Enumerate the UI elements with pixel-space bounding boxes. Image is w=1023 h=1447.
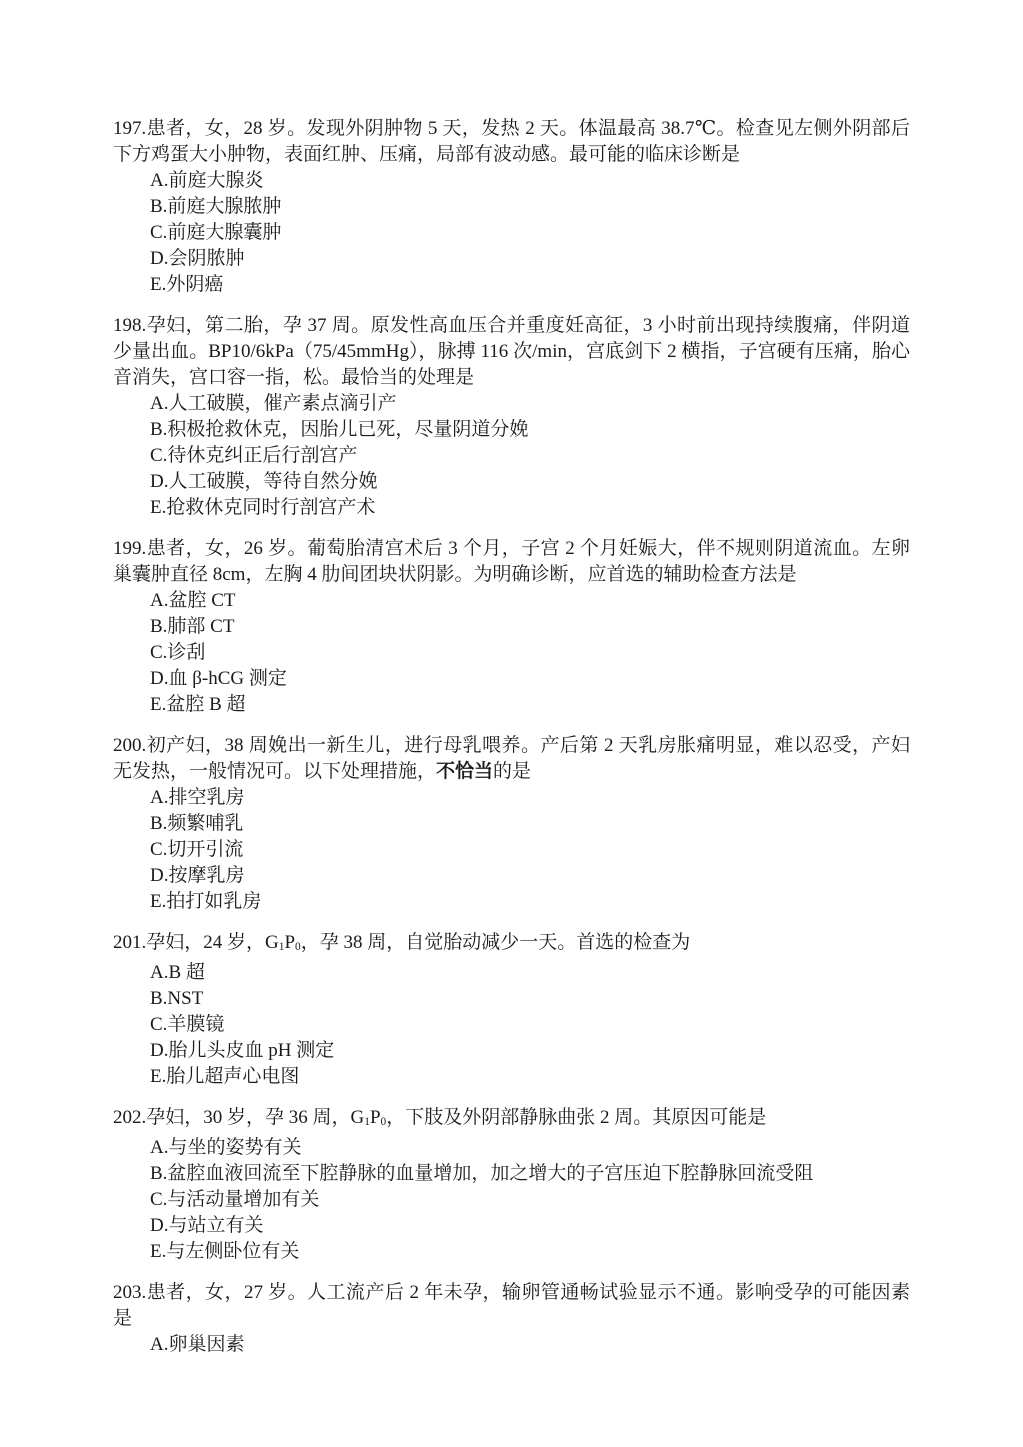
question-stem: 197.患者，女，28 岁。发现外阴肿物 5 天，发热 2 天。体温最高 38.… (113, 116, 910, 168)
stem-text: P (284, 932, 295, 953)
stem-text: 孕妇，24 岁，G (146, 932, 278, 953)
question-number: 200. (113, 735, 146, 756)
exam-document-page: 197.患者，女，28 岁。发现外阴肿物 5 天，发热 2 天。体温最高 38.… (0, 0, 1023, 1447)
stem-text: 患者，女，26 岁。葡萄胎清宫术后 3 个月，子宫 2 个月妊娠大，伴不规则阴道… (113, 538, 910, 585)
option-B: B.积极抢救休克，因胎儿已死，尽量阴道分娩 (113, 417, 910, 443)
option-B: B.盆腔血液回流至下腔静脉的血量增加，加之增大的子宫压迫下腔静脉回流受阻 (113, 1161, 910, 1187)
option-E: E.盆腔 B 超 (113, 692, 910, 718)
option-B: B.频繁哺乳 (113, 811, 910, 837)
stem-text: ，孕 38 周，自觉胎动减少一天。首选的检查为 (301, 932, 691, 953)
option-A: A.前庭大腺炎 (113, 168, 910, 194)
option-C: C.待休克纠正后行剖宫产 (113, 443, 910, 469)
option-B: B.前庭大腺脓肿 (113, 194, 910, 220)
option-B: B.肺部 CT (113, 614, 910, 640)
question-197: 197.患者，女，28 岁。发现外阴肿物 5 天，发热 2 天。体温最高 38.… (113, 116, 910, 298)
question-200: 200.初产妇，38 周娩出一新生儿，进行母乳喂养。产后第 2 天乳房胀痛明显，… (113, 733, 910, 915)
question-stem: 203.患者，女，27 岁。人工流产后 2 年未孕，输卵管通畅试验显示不通。影响… (113, 1280, 910, 1332)
option-A: A.排空乳房 (113, 785, 910, 811)
option-A: A.卵巢因素 (113, 1332, 910, 1358)
question-203: 203.患者，女，27 岁。人工流产后 2 年未孕，输卵管通畅试验显示不通。影响… (113, 1280, 910, 1358)
question-stem: 201.孕妇，24 岁，G1P0，孕 38 周，自觉胎动减少一天。首选的检查为 (113, 930, 910, 960)
option-D: D.人工破膜，等待自然分娩 (113, 469, 910, 495)
option-B: B.NST (113, 986, 910, 1012)
question-number: 199. (113, 538, 146, 559)
option-D: D.胎儿头皮血 pH 测定 (113, 1038, 910, 1064)
question-201: 201.孕妇，24 岁，G1P0，孕 38 周，自觉胎动减少一天。首选的检查为A… (113, 930, 910, 1090)
option-A: A.盆腔 CT (113, 588, 910, 614)
stem-text: P (370, 1107, 381, 1128)
stem-text: ，下肢及外阴部静脉曲张 2 周。其原因可能是 (386, 1107, 766, 1128)
option-E: E.外阴癌 (113, 272, 910, 298)
option-C: C.与活动量增加有关 (113, 1187, 910, 1213)
question-stem: 200.初产妇，38 周娩出一新生儿，进行母乳喂养。产后第 2 天乳房胀痛明显，… (113, 733, 910, 785)
question-199: 199.患者，女，26 岁。葡萄胎清宫术后 3 个月，子宫 2 个月妊娠大，伴不… (113, 536, 910, 718)
option-E: E.抢救休克同时行剖宫产术 (113, 495, 910, 521)
option-E: E.胎儿超声心电图 (113, 1064, 910, 1090)
option-D: D.会阴脓肿 (113, 246, 910, 272)
stem-text: 孕妇，30 岁，孕 36 周，G (146, 1107, 364, 1128)
option-C: C.切开引流 (113, 837, 910, 863)
stem-text: 患者，女，28 岁。发现外阴肿物 5 天，发热 2 天。体温最高 38.7℃。检… (113, 118, 910, 165)
question-number: 203. (113, 1282, 146, 1303)
stem-text: 孕妇，第二胎，孕 37 周。原发性高血压合并重度妊高征，3 小时前出现持续腹痛，… (113, 315, 910, 388)
question-list: 197.患者，女，28 岁。发现外阴肿物 5 天，发热 2 天。体温最高 38.… (113, 116, 910, 1358)
option-A: A.B 超 (113, 960, 910, 986)
stem-text: 的是 (493, 761, 531, 782)
option-C: C.前庭大腺囊肿 (113, 220, 910, 246)
option-E: E.拍打如乳房 (113, 889, 910, 915)
option-C: C.羊膜镜 (113, 1012, 910, 1038)
question-number: 198. (113, 315, 146, 336)
option-D: D.按摩乳房 (113, 863, 910, 889)
question-number: 197. (113, 118, 146, 139)
question-stem: 199.患者，女，26 岁。葡萄胎清宫术后 3 个月，子宫 2 个月妊娠大，伴不… (113, 536, 910, 588)
question-stem: 202.孕妇，30 岁，孕 36 周，G1P0，下肢及外阴部静脉曲张 2 周。其… (113, 1105, 910, 1135)
stem-text: 不恰当 (436, 761, 493, 782)
option-A: A.人工破膜，催产素点滴引产 (113, 391, 910, 417)
option-A: A.与坐的姿势有关 (113, 1135, 910, 1161)
option-C: C.诊刮 (113, 640, 910, 666)
question-number: 201. (113, 932, 146, 953)
question-202: 202.孕妇，30 岁，孕 36 周，G1P0，下肢及外阴部静脉曲张 2 周。其… (113, 1105, 910, 1265)
stem-text: 患者，女，27 岁。人工流产后 2 年未孕，输卵管通畅试验显示不通。影响受孕的可… (113, 1282, 910, 1329)
option-D: D.与站立有关 (113, 1213, 910, 1239)
option-E: E.与左侧卧位有关 (113, 1239, 910, 1265)
question-198: 198.孕妇，第二胎，孕 37 周。原发性高血压合并重度妊高征，3 小时前出现持… (113, 313, 910, 521)
option-D: D.血 β-hCG 测定 (113, 666, 910, 692)
question-stem: 198.孕妇，第二胎，孕 37 周。原发性高血压合并重度妊高征，3 小时前出现持… (113, 313, 910, 391)
question-number: 202. (113, 1107, 146, 1128)
